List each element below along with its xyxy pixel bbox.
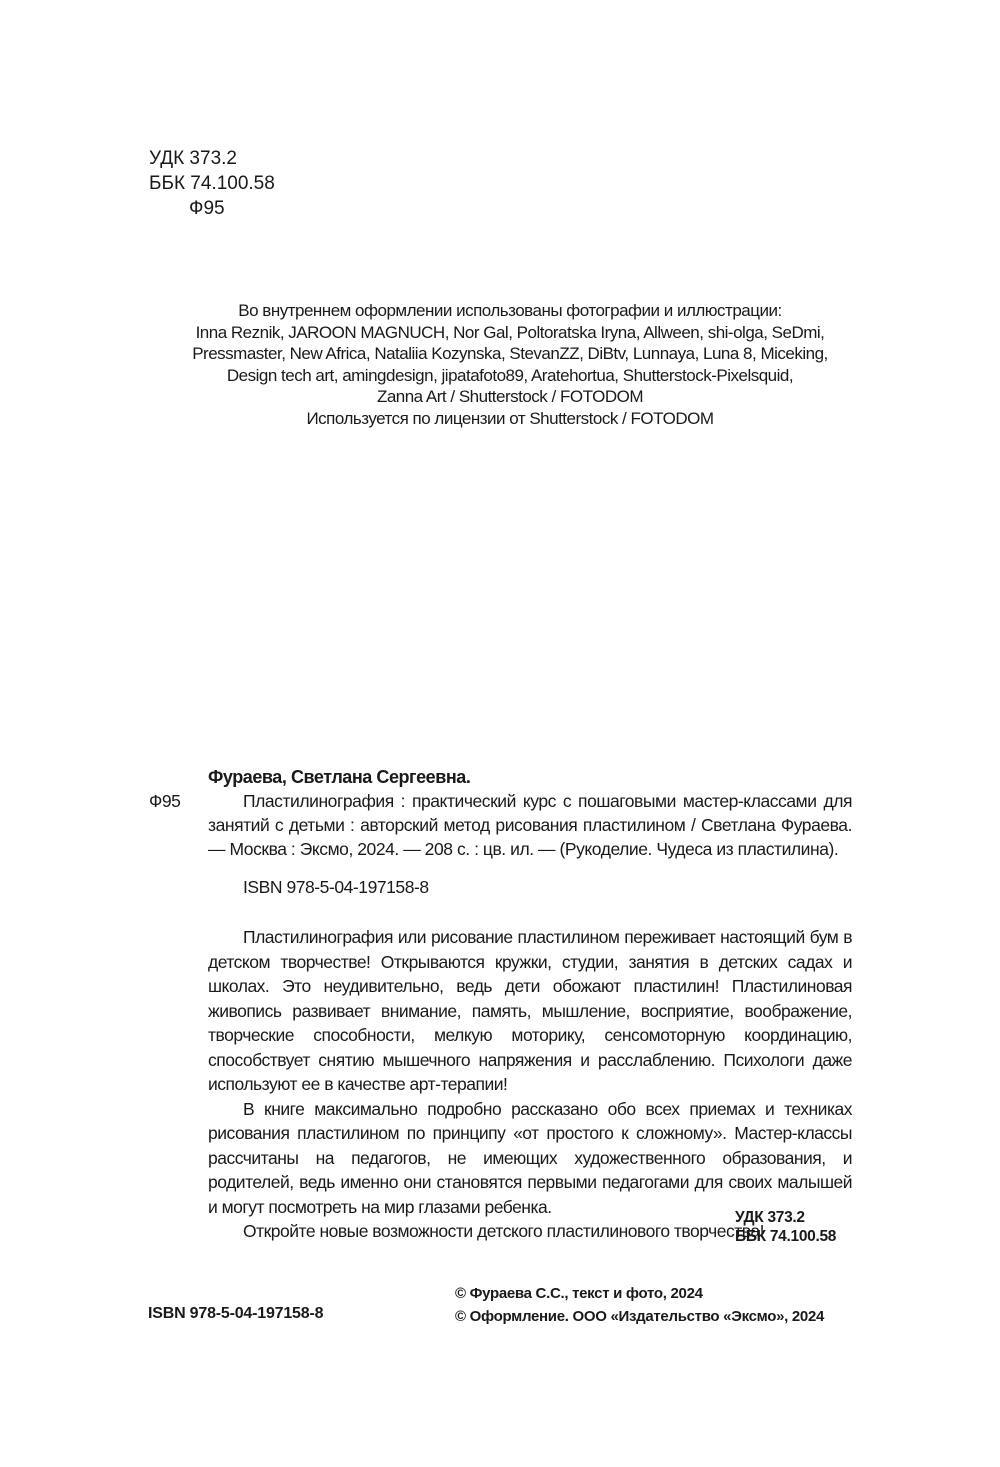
bibliographic-description: Ф95 Пластилинография : практический курс…	[208, 789, 852, 861]
bbk-code: ББК 74.100.58	[735, 1227, 836, 1246]
classification-codes-top: УДК 373.2 ББК 74.100.58 Ф95	[149, 146, 275, 221]
annotation-paragraph: Пластилинография или рисование пластилин…	[208, 925, 852, 1097]
isbn-footer: ISBN 978-5-04-197158-8	[148, 1305, 323, 1323]
credits-line: Pressmaster, New Africa, Nataliia Kozyns…	[150, 343, 870, 365]
udk-code: УДК 373.2	[735, 1208, 836, 1227]
credits-line: Design tech art, amingdesign, jipatafoto…	[150, 365, 870, 387]
catalog-entry: Фураева, Светлана Сергеевна. Ф95 Пластил…	[149, 765, 852, 899]
copyright-line: © Оформление. ООО «Издательство «Эксмо»,…	[455, 1305, 824, 1328]
credits-line: Zanna Art / Shutterstock / FOTODOM	[150, 386, 870, 408]
credits-line: Во внутреннем оформлении использованы фо…	[150, 300, 870, 322]
isbn: ISBN 978-5-04-197158-8	[243, 875, 852, 899]
image-credits: Во внутреннем оформлении использованы фо…	[150, 300, 870, 429]
description-text: Пластилинография : практический курс с п…	[208, 789, 852, 861]
author-mark: Ф95	[149, 789, 180, 813]
annotation-paragraph: В книге максимально подробно рассказано …	[208, 1097, 852, 1220]
credits-line: Inna Reznik, JAROON MAGNUCH, Nor Gal, Po…	[150, 322, 870, 344]
udk-code: УДК 373.2	[149, 146, 275, 171]
bbk-code: ББК 74.100.58	[149, 171, 275, 196]
annotation: Пластилинография или рисование пластилин…	[208, 925, 852, 1244]
copyright-notice: © Фураева С.С., текст и фото, 2024 © Офо…	[455, 1282, 824, 1328]
author-mark: Ф95	[149, 196, 275, 221]
author-heading: Фураева, Светлана Сергеевна.	[208, 765, 852, 789]
copyright-line: © Фураева С.С., текст и фото, 2024	[455, 1282, 824, 1305]
classification-codes-bottom: УДК 373.2 ББК 74.100.58	[735, 1208, 836, 1246]
credits-line: Используется по лицензии от Shutterstock…	[150, 408, 870, 430]
